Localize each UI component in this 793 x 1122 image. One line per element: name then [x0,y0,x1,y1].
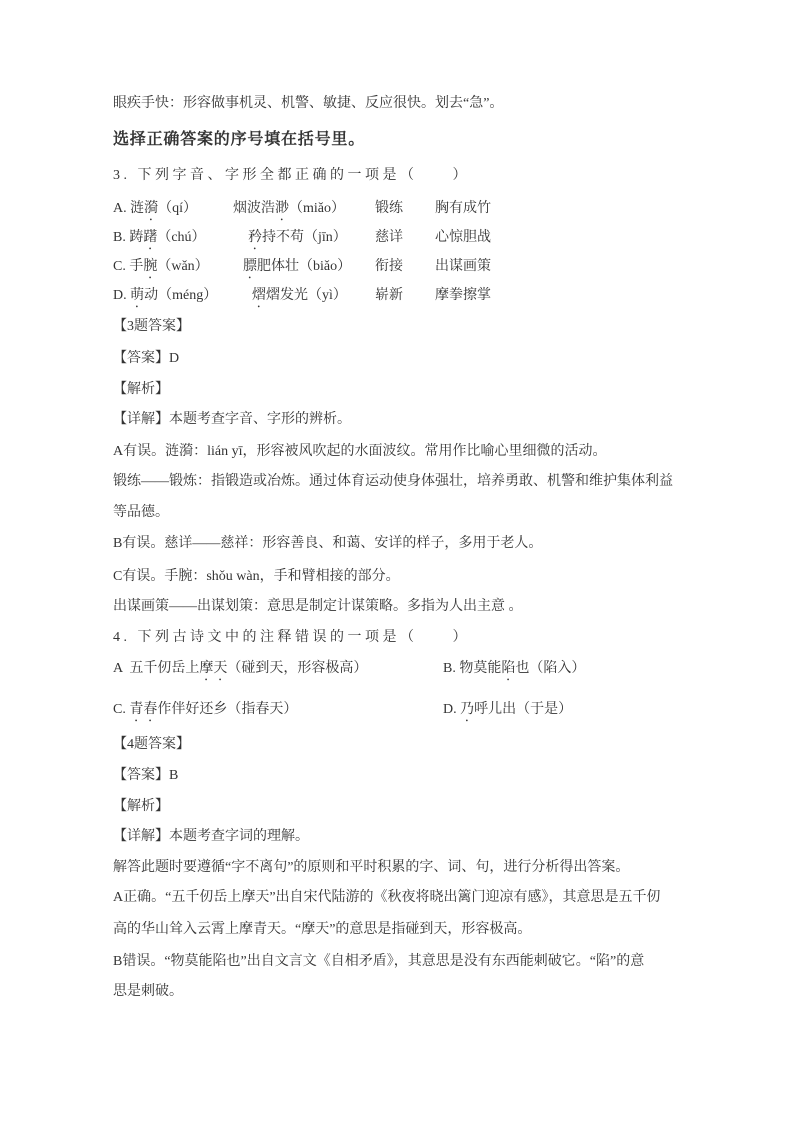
emphasized-term: 摩天 [199,661,227,676]
text-run: 【详解】本题考查字词的理解。 [113,829,309,844]
q4-options-row-2-col-0: C. 青春作伴好还乡（指春天） [113,700,297,725]
text-run: 心惊胆战 [435,230,491,245]
q3-expl-c-1: C有误。手腕：shǒu wàn，手和臂相接的部分。 [113,567,400,587]
question-4-stem: 4. 下列古诗文中的注释错误的一项是（ ） [113,628,470,648]
text-run: 解答此题时要遵循“字不离句”的原则和平时积累的字、词、句，进行分析得出答案。 [113,860,629,875]
q3-option-c-col-0: C. 手腕（wǎn） [113,257,209,282]
text-run: （wǎn） [157,259,208,274]
q3-option-a-col-1: 烟波浩渺（miǎo） [233,199,345,224]
text-run: （碰到天，形容极高） [227,661,367,676]
text-run: 持不苟（jīn） [262,230,347,245]
q4-options-row-1-col-0: A 五千仞岳上摩天（碰到天，形容极高） [113,659,367,684]
q3-detail: 【详解】本题考查字音、字形的辨析。 [113,410,351,430]
text-run: 出谋画策——出谋划策：意思是制定计谋策略。多指为人出主意 。 [113,599,523,614]
section-instruction: 选择正确答案的序号填在括号里。 [113,130,365,150]
q3-option-d-col-0: D. 萌动（méng） [113,286,217,311]
emphasized-term: 腕 [143,259,157,274]
text-run: 烟波浩 [233,201,275,216]
text-run: 动（méng） [144,288,217,303]
q3-expl-a-3: 等品德。 [113,503,169,523]
q3-answer: 【答案】D [113,349,179,369]
text-run: （miǎo） [289,201,345,216]
text-run: C. [113,702,129,717]
emphasized-term: 渺 [275,201,289,216]
q4-expl-a-1: A正确。“五千仞岳上摩天”出自宋代陆游的《秋夜将晓出篱门迎凉有感》，其意思是五千… [113,888,661,908]
q3-option-d-col-2: 崭新 [375,286,403,306]
text-run: 作伴好还乡（指春天） [157,702,297,717]
text-run: A有误。涟漪：lián yī，形容被风吹起的水面波纹。常用作比喻心里细微的活动。 [113,444,607,459]
q4-expl-a-2: 高的华山耸入云霄上摩青天。“摩天”的意思是指碰到天，形容极高。 [113,920,531,940]
text-run: 等品德。 [113,505,169,520]
question-3-stem: 3. 下列字音、字形全都正确的一项是（ ） [113,166,470,186]
text-run: 熠发光（yì） [266,288,347,303]
q3-option-c-col-2: 衔接 [375,257,403,277]
q4-answer-label: 【4题答案】 [113,735,190,755]
emphasized-term: 青春 [129,702,157,717]
emphasized-term: 乃 [460,702,474,717]
text-run: 锻练——锻炼：指锻造或冶炼。通过体育运动使身体强壮，培养勇敢、机警和维护集体利益 [113,474,673,489]
q4-analysis-label: 【解析】 [113,797,169,817]
text-run: 【解析】 [113,799,169,814]
text-run: 摩拳擦掌 [435,288,491,303]
text-run: 也（陷入） [515,661,585,676]
q4-options-row-1-col-1: B. 物莫能陷也（陷入） [443,659,585,684]
emphasized-term: 躇 [143,230,157,245]
text-run: 衔接 [375,259,403,274]
exam-document-page: 眼疾手快：形容做事机灵、机警、敏捷、反应很快。划去“急”。选择正确答案的序号填在… [0,0,793,1122]
text-run: 【详解】本题考查字音、字形的辨析。 [113,412,351,427]
text-run: 4. 下列古诗文中的注释错误的一项是（ ） [113,630,470,645]
emphasized-term: 熠 [252,288,266,303]
q3-option-b-col-1: 矜持不苟（jīn） [248,228,347,253]
q4-detail: 【详解】本题考查字词的理解。 [113,827,309,847]
text-run: A 五千仞岳上 [113,661,199,676]
text-run: C. 手 [113,259,143,274]
text-run: B有误。慈详——慈祥：形容善良、和蔼、安详的样子，多用于老人。 [113,536,542,551]
text-run: 高的华山耸入云霄上摩青天。“摩天”的意思是指碰到天，形容极高。 [113,922,531,937]
q3-option-b-col-3: 心惊胆战 [435,228,491,248]
text-run: 【答案】D [113,351,179,366]
q4-options-row-2-col-1: D. 乃呼儿出（于是） [443,700,572,725]
text-run: 思是刺破。 [113,984,183,999]
q3-option-c-col-1: 膘肥体壮（biǎo） [243,257,351,282]
text-run: （qí） [158,201,197,216]
q3-expl-b: B有误。慈详——慈祥：形容善良、和蔼、安详的样子，多用于老人。 [113,534,542,554]
idiom-note: 眼疾手快：形容做事机灵、机警、敏捷、反应很快。划去“急”。 [113,94,503,114]
text-run: 出谋画策 [435,259,491,274]
emphasized-term: 膘 [243,259,257,274]
q3-analysis-label: 【解析】 [113,380,169,400]
text-run: B. 物莫能 [443,661,501,676]
q3-option-d-col-3: 摩拳擦掌 [435,286,491,306]
q3-expl-c-2: 出谋画策——出谋划策：意思是制定计谋策略。多指为人出主意 。 [113,597,523,617]
q3-option-b-col-0: B. 踌躇（chú） [113,228,206,253]
text-run: 崭新 [375,288,403,303]
q4-answer: 【答案】B [113,766,178,786]
text-run: C有误。手腕：shǒu wàn，手和臂相接的部分。 [113,569,400,584]
text-run: 【3题答案】 [113,319,190,334]
text-run: 【答案】B [113,768,178,783]
text-run: 3. 下列字音、字形全都正确的一项是（ ） [113,168,470,183]
text-run: D. [443,702,460,717]
text-run: A正确。“五千仞岳上摩天”出自宋代陆游的《秋夜将晓出篱门迎凉有感》，其意思是五千… [113,890,661,905]
q4-expl-b-2: 思是刺破。 [113,982,183,1002]
text-run: D. [113,288,130,303]
q3-answer-label: 【3题答案】 [113,317,190,337]
text-run: 胸有成竹 [435,201,491,216]
q3-option-d-col-1: 熠熠发光（yì） [252,286,347,311]
emphasized-term: 陷 [501,661,515,676]
text-run: 【解析】 [113,382,169,397]
text-run: A. 涟 [113,201,144,216]
text-run: 慈详 [375,230,403,245]
q3-expl-a-2: 锻练——锻炼：指锻造或冶炼。通过体育运动使身体强壮，培养勇敢、机警和维护集体利益 [113,472,673,492]
q3-option-a-col-0: A. 涟漪（qí） [113,199,197,224]
text-run: B错误。“物莫能陷也”出自文言文《自相矛盾》，其意思是没有东西能刺破它。“陷”的… [113,954,644,969]
text-run: 呼儿出（于是） [474,702,572,717]
q3-option-a-col-2: 锻练 [375,199,403,219]
q3-expl-a-1: A有误。涟漪：lián yī，形容被风吹起的水面波纹。常用作比喻心里细微的活动。 [113,442,607,462]
q4-expl-b-1: B错误。“物莫能陷也”出自文言文《自相矛盾》，其意思是没有东西能刺破它。“陷”的… [113,952,644,972]
text-run: （chú） [157,230,205,245]
text-run: 眼疾手快：形容做事机灵、机警、敏捷、反应很快。划去“急”。 [113,96,503,111]
text-run: 选择正确答案的序号填在括号里。 [113,131,365,148]
q3-option-c-col-3: 出谋画策 [435,257,491,277]
text-run: 【4题答案】 [113,737,190,752]
emphasized-term: 萌 [130,288,144,303]
emphasized-term: 矜 [248,230,262,245]
q3-option-b-col-2: 慈详 [375,228,403,248]
text-run: 肥体壮（biǎo） [257,259,351,274]
emphasized-term: 漪 [144,201,158,216]
text-run: 锻练 [375,201,403,216]
q4-expl-1: 解答此题时要遵循“字不离句”的原则和平时积累的字、词、句，进行分析得出答案。 [113,858,629,878]
q3-option-a-col-3: 胸有成竹 [435,199,491,219]
text-run: B. 踌 [113,230,143,245]
